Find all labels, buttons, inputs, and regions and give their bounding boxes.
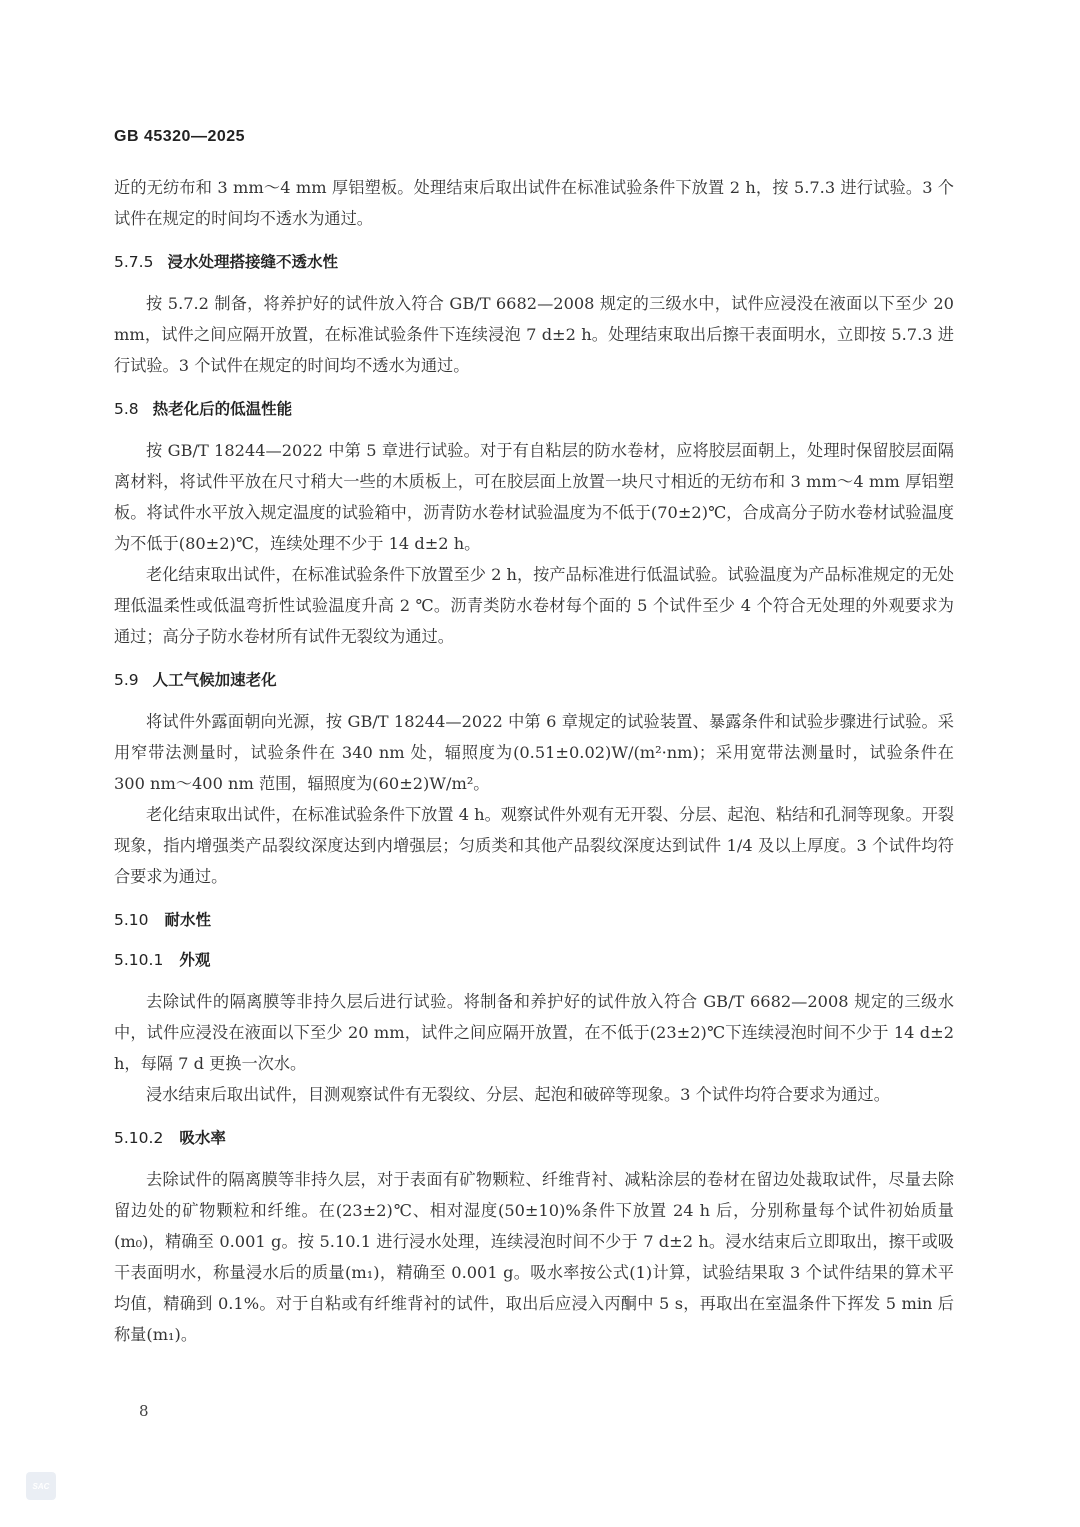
sac-logo-icon: SAC bbox=[26, 1472, 56, 1500]
section-number: 5.10.2 bbox=[114, 1126, 163, 1150]
paragraph: 老化结束取出试件，在标准试验条件下放置至少 2 h，按产品标准进行低温试验。试验… bbox=[114, 559, 954, 652]
paragraph: 浸水结束后取出试件，目测观察试件有无裂纹、分层、起泡和破碎等现象。3 个试件均符… bbox=[114, 1079, 954, 1110]
section-number: 5.7.5 bbox=[114, 250, 153, 274]
section-title: 浸水处理搭接缝不透水性 bbox=[167, 253, 338, 271]
section-title: 人工气候加速老化 bbox=[153, 671, 277, 689]
section-number: 5.9 bbox=[114, 668, 139, 692]
section-number: 5.10 bbox=[114, 908, 149, 932]
paragraph: 将试件外露面朝向光源，按 GB/T 18244—2022 中第 6 章规定的试验… bbox=[114, 706, 954, 799]
watermark-text: SAC bbox=[33, 1482, 50, 1491]
section-title: 耐水性 bbox=[165, 911, 212, 929]
section-title: 外观 bbox=[179, 951, 210, 969]
document-standard-number: GB 45320—2025 bbox=[114, 128, 245, 146]
section-title: 热老化后的低温性能 bbox=[153, 400, 293, 418]
section-heading-5-10-2: 5.10.2吸水率 bbox=[114, 1126, 954, 1150]
paragraph: 按 GB/T 18244—2022 中第 5 章进行试验。对于有自粘层的防水卷材… bbox=[114, 435, 954, 559]
section-number: 5.10.1 bbox=[114, 948, 163, 972]
page-number: 8 bbox=[139, 1402, 149, 1420]
section-heading-5-7-5: 5.7.5浸水处理搭接缝不透水性 bbox=[114, 250, 954, 274]
section-heading-5-8: 5.8热老化后的低温性能 bbox=[114, 397, 954, 421]
section-heading-5-10-1: 5.10.1外观 bbox=[114, 948, 954, 972]
paragraph: 去除试件的隔离膜等非持久层后进行试验。将制备和养护好的试件放入符合 GB/T 6… bbox=[114, 986, 954, 1079]
paragraph: 去除试件的隔离膜等非持久层，对于表面有矿物颗粒、纤维背衬、减粘涂层的卷材在留边处… bbox=[114, 1164, 954, 1350]
section-title: 吸水率 bbox=[179, 1129, 226, 1147]
document-body: 近的无纺布和 3 mm～4 mm 厚铝塑板。处理结束后取出试件在标准试验条件下放… bbox=[114, 172, 954, 1350]
section-heading-5-9: 5.9人工气候加速老化 bbox=[114, 668, 954, 692]
paragraph: 老化结束取出试件，在标准试验条件下放置 4 h。观察试件外观有无开裂、分层、起泡… bbox=[114, 799, 954, 892]
paragraph-continuation: 近的无纺布和 3 mm～4 mm 厚铝塑板。处理结束后取出试件在标准试验条件下放… bbox=[114, 172, 954, 234]
paragraph: 按 5.7.2 制备，将养护好的试件放入符合 GB/T 6682—2008 规定… bbox=[114, 288, 954, 381]
section-heading-5-10: 5.10耐水性 bbox=[114, 908, 954, 932]
section-number: 5.8 bbox=[114, 397, 139, 421]
